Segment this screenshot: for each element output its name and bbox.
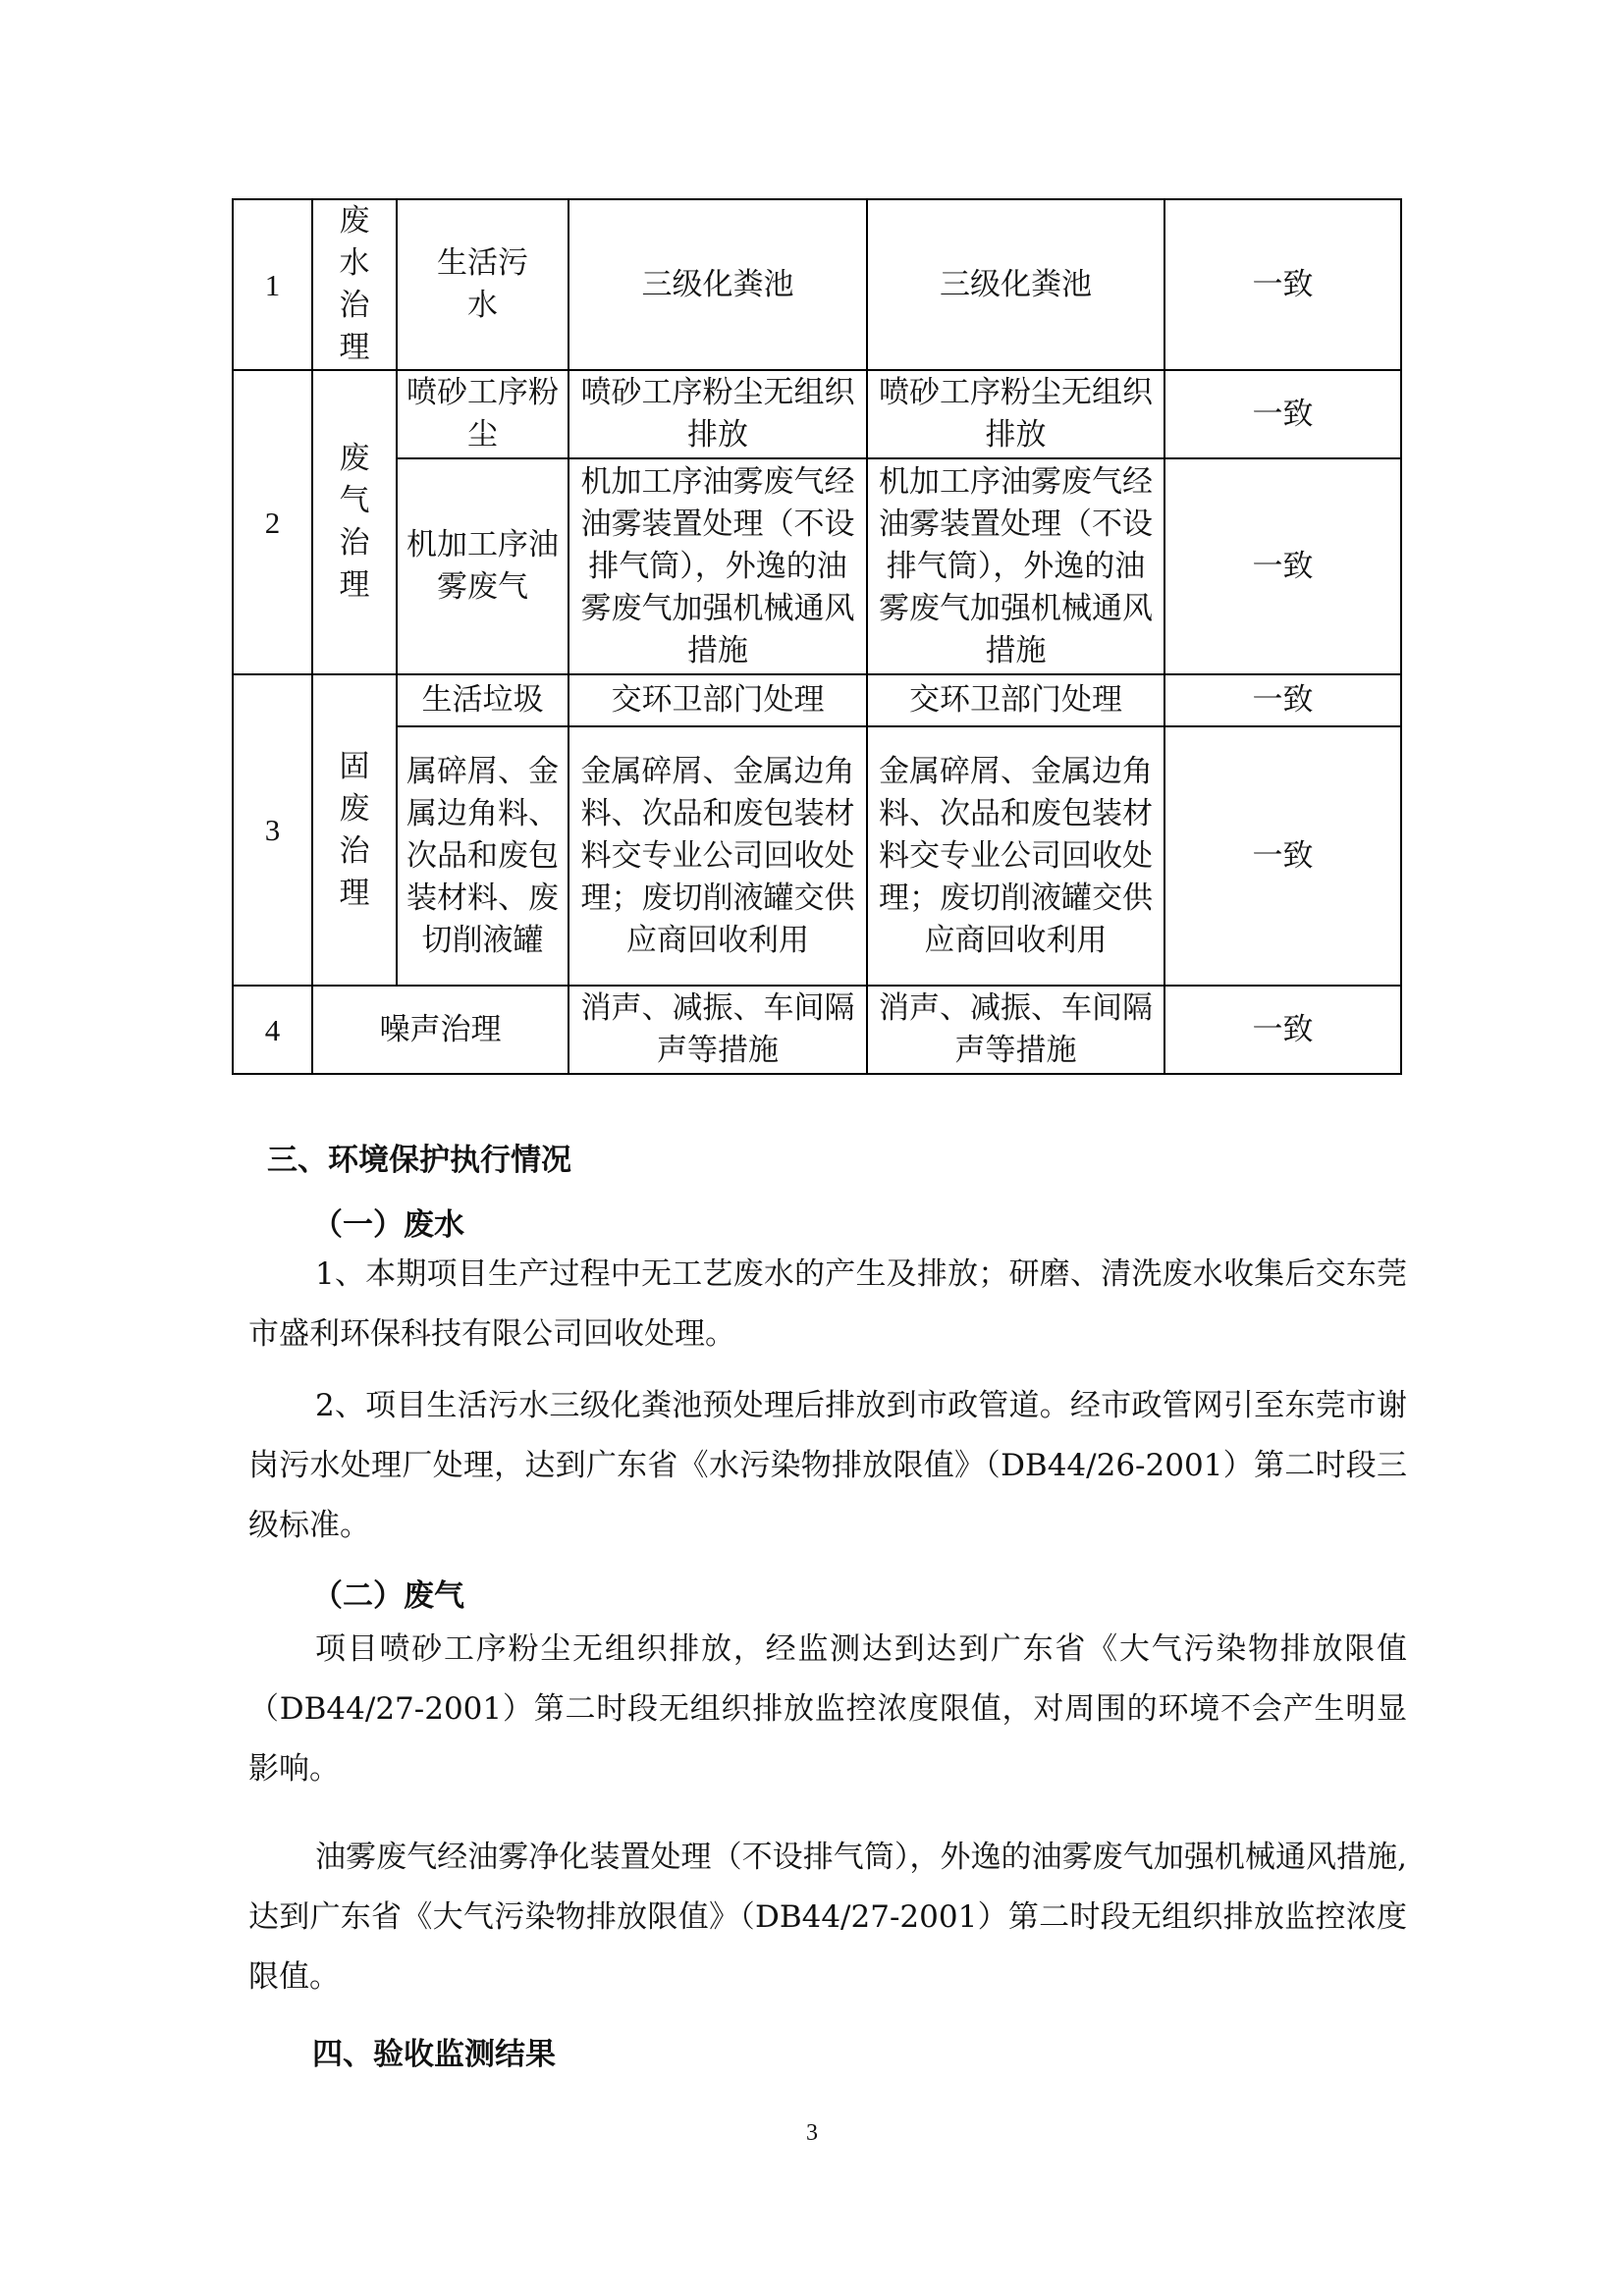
actual-cell: 三级化粪池	[867, 199, 1164, 370]
actual-cell: 交环卫部门处理	[867, 674, 1164, 726]
actual-cell: 机加工序油雾废气经油雾装置处理（不设排气筒），外逸的油雾废气加强机械通风措施	[867, 458, 1164, 674]
result-cell: 一致	[1164, 674, 1401, 726]
row-number: 1	[233, 199, 312, 370]
result-cell: 一致	[1164, 986, 1401, 1074]
table-row: 属碎屑、金属边角料、次品和废包装材料、废切削液罐 金属碎屑、金属边角料、次品和废…	[233, 726, 1401, 986]
result-cell: 一致	[1164, 199, 1401, 370]
subsection-heading-exhaust: （二）废气	[312, 1571, 464, 1615]
item-cell: 属碎屑、金属边角料、次品和废包装材料、废切削液罐	[397, 726, 568, 986]
category-cell: 废水治理	[312, 199, 397, 370]
planned-cell: 三级化粪池	[568, 199, 867, 370]
paragraph-exhaust-2: 油雾废气经油雾净化装置处理（不设排气筒），外逸的油雾废气加强机械通风措施,达到广…	[248, 1828, 1407, 2007]
row-number: 4	[233, 986, 312, 1074]
category-cell: 噪声治理	[312, 986, 568, 1074]
item-cell: 机加工序油雾废气	[397, 458, 568, 674]
category-cell: 废气治理	[312, 370, 397, 674]
paragraph-exhaust-1: 项目喷砂工序粉尘无组织排放，经监测达到达到广东省《大气污染物排放限值（DB44/…	[248, 1620, 1407, 1799]
item-cell: 生活垃圾	[397, 674, 568, 726]
category-cell: 固废治理	[312, 674, 397, 986]
item-cell: 生活污水	[397, 199, 568, 370]
row-number: 2	[233, 370, 312, 674]
actual-cell: 喷砂工序粉尘无组织排放	[867, 370, 1164, 458]
planned-cell: 金属碎屑、金属边角料、次品和废包装材料交专业公司回收处理；废切削液罐交供应商回收…	[568, 726, 867, 986]
planned-cell: 机加工序油雾废气经油雾装置处理（不设排气筒），外逸的油雾废气加强机械通风措施	[568, 458, 867, 674]
item-cell: 喷砂工序粉尘	[397, 370, 568, 458]
planned-cell: 喷砂工序粉尘无组织排放	[568, 370, 867, 458]
table-row: 2 废气治理 喷砂工序粉尘 喷砂工序粉尘无组织排放 喷砂工序粉尘无组织排放 一致	[233, 370, 1401, 458]
planned-cell: 消声、减振、车间隔声等措施	[568, 986, 867, 1074]
environmental-measures-table: 1 废水治理 生活污水 三级化粪池 三级化粪池 一致 2 废气治理 喷砂工序粉尘…	[232, 198, 1402, 1075]
planned-cell: 交环卫部门处理	[568, 674, 867, 726]
table-row: 4 噪声治理 消声、减振、车间隔声等措施 消声、减振、车间隔声等措施 一致	[233, 986, 1401, 1074]
section-heading-4: 四、验收监测结果	[312, 2029, 556, 2073]
actual-cell: 金属碎屑、金属边角料、次品和废包装材料交专业公司回收处理；废切削液罐交供应商回收…	[867, 726, 1164, 986]
page-number: 3	[0, 2120, 1624, 2147]
actual-cell: 消声、减振、车间隔声等措施	[867, 986, 1164, 1074]
paragraph-wastewater-1: 1、本期项目生产过程中无工艺废水的产生及排放；研磨、清洗废水收集后交东莞市盛利环…	[248, 1245, 1407, 1364]
result-cell: 一致	[1164, 726, 1401, 986]
table-row: 3 固废治理 生活垃圾 交环卫部门处理 交环卫部门处理 一致	[233, 674, 1401, 726]
section-heading-3: 三、环境保护执行情况	[267, 1135, 571, 1179]
result-cell: 一致	[1164, 458, 1401, 674]
result-cell: 一致	[1164, 370, 1401, 458]
subsection-heading-wastewater: （一）废水	[312, 1200, 464, 1244]
row-number: 3	[233, 674, 312, 986]
table-row: 机加工序油雾废气 机加工序油雾废气经油雾装置处理（不设排气筒），外逸的油雾废气加…	[233, 458, 1401, 674]
paragraph-wastewater-2: 2、项目生活污水三级化粪池预处理后排放到市政管道。经市政管网引至东莞市谢岗污水处…	[248, 1376, 1407, 1556]
table-row: 1 废水治理 生活污水 三级化粪池 三级化粪池 一致	[233, 199, 1401, 370]
